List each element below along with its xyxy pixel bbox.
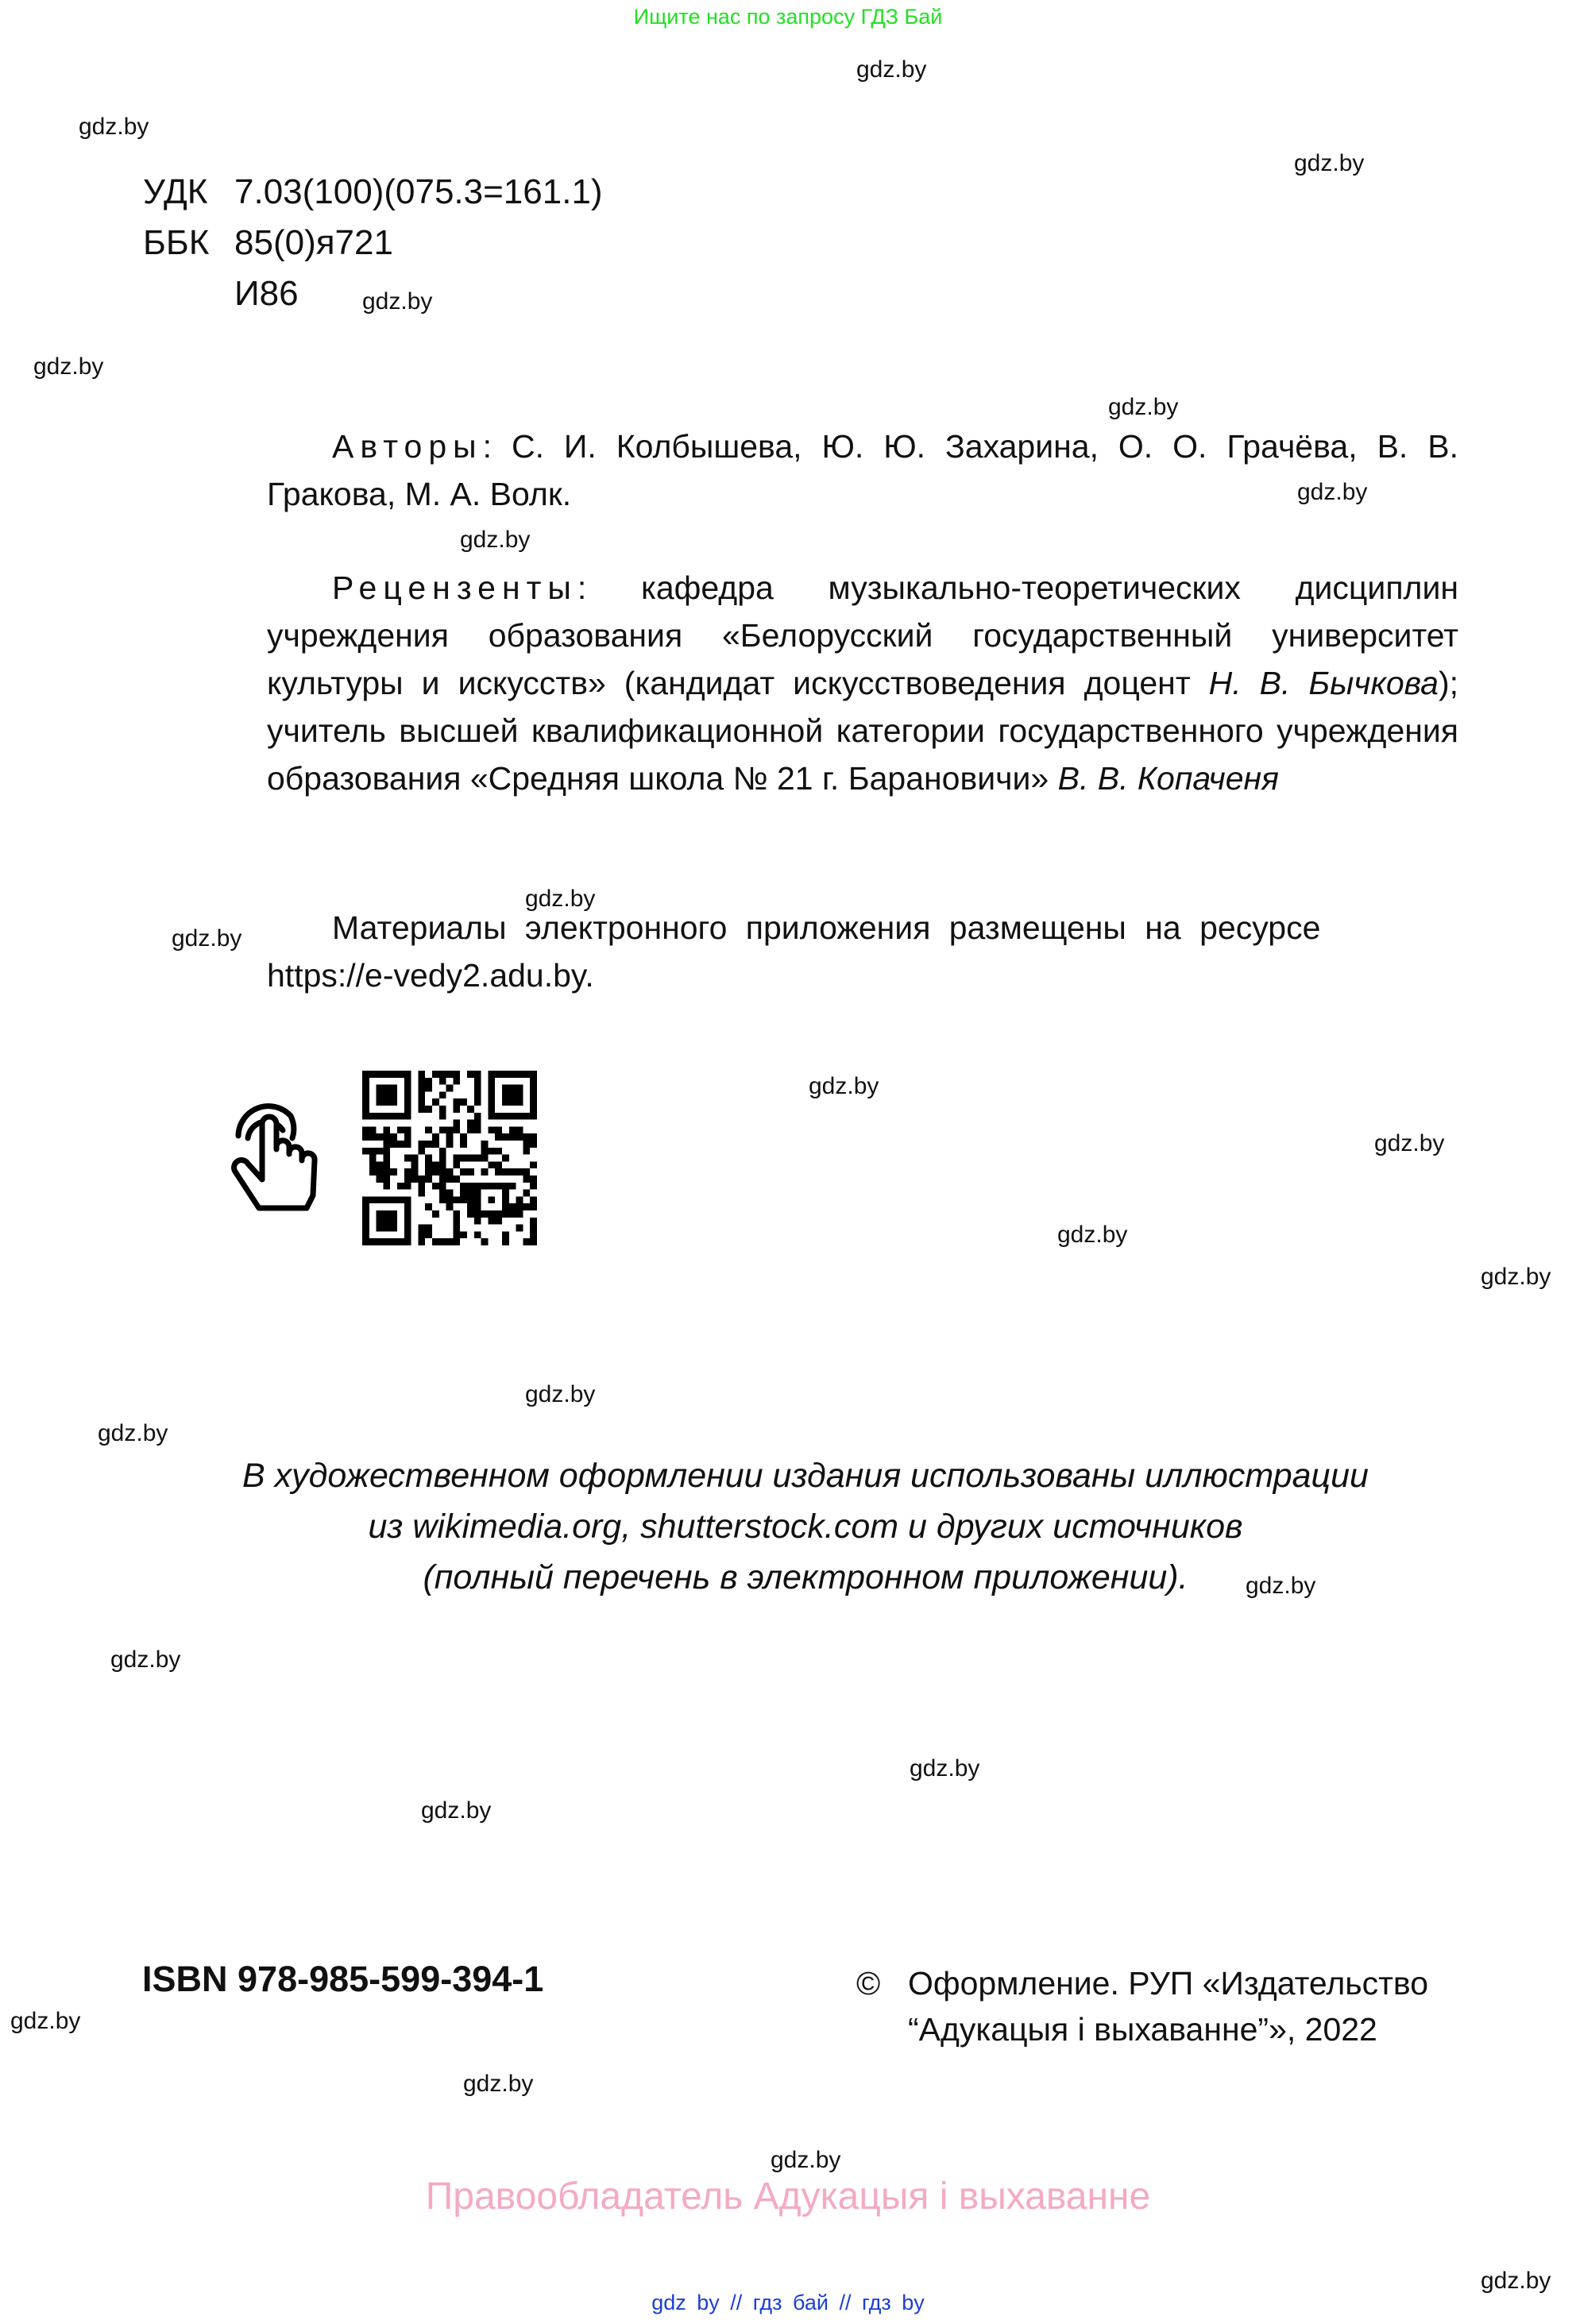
watermark: gdz.by	[98, 1419, 168, 1448]
watermark: gdz.by	[771, 2146, 840, 2175]
isbn: ISBN 978-985-599-394-1	[142, 1957, 543, 2002]
credits-line: (полный перечень в электронном приложени…	[17, 1552, 1576, 1603]
reviewer-name: Н. В. Бычкова	[1209, 665, 1439, 701]
watermark: gdz.by	[421, 1797, 491, 1825]
udc-row: УДК 7.03(100)(075.3=161.1)	[143, 167, 603, 218]
credits-line: В художественном оформлении издания испо…	[17, 1450, 1576, 1501]
watermark: gdz.by	[110, 1646, 180, 1674]
credits-line: из wikimedia.org, shutterstock.com и дру…	[17, 1501, 1576, 1552]
watermark: gdz.by	[1374, 1129, 1444, 1158]
watermark: gdz.by	[525, 1380, 595, 1409]
bbk-value: 85(0)я721	[234, 218, 393, 268]
authors-label: Авторы	[332, 428, 483, 465]
qr-code[interactable]	[362, 1071, 537, 1245]
watermark: gdz.by	[79, 113, 149, 141]
copyright-block: ©Оформление. РУП «Издательство “Адукацыя…	[856, 1960, 1428, 2052]
watermark: gdz.by	[1481, 1263, 1551, 1291]
bbk-label: ББК	[143, 218, 234, 268]
watermark: gdz.by	[172, 925, 241, 953]
watermark: gdz.by	[910, 1755, 979, 1783]
reviewers-paragraph: Рецензенты: кафедра музыкально-теоретиче…	[267, 564, 1458, 802]
rights-holder: Правообладатель Адукацыя і выхаванне	[0, 2173, 1576, 2221]
electronic-app-url[interactable]: https://e-vedy2.adu.by.	[267, 952, 1458, 999]
reviewer-name: В. В. Копаченя	[1058, 760, 1279, 797]
search-banner[interactable]: Ищите нас по запросу ГДЗ Бай	[0, 3, 1576, 30]
watermark: gdz.by	[1057, 1221, 1127, 1249]
classification-block: УДК 7.03(100)(075.3=161.1) ББК 85(0)я721…	[143, 167, 603, 319]
bbk-row: ББК 85(0)я721	[143, 218, 603, 268]
authors-paragraph: Авторы: С. И. Колбышева, Ю. Ю. Захарина,…	[267, 423, 1458, 518]
touch-hand-icon	[230, 1092, 318, 1211]
watermark: gdz.by	[1294, 149, 1364, 178]
watermark: gdz.by	[10, 2007, 80, 2036]
udc-value: 7.03(100)(075.3=161.1)	[234, 167, 603, 218]
watermark: gdz.by	[460, 526, 530, 554]
watermark: gdz.by	[1108, 393, 1178, 422]
reviewers-label: Рецензенты	[332, 569, 577, 606]
copyright-icon: ©	[856, 1960, 908, 2006]
udc-label: УДК	[143, 167, 234, 218]
author-mark-row: И86	[143, 268, 603, 319]
watermark: gdz.by	[856, 56, 926, 84]
watermark: gdz.by	[463, 2070, 533, 2098]
illustration-credits: В художественном оформлении издания испо…	[17, 1450, 1576, 1603]
author-mark: И86	[234, 268, 299, 319]
electronic-app-paragraph: Материалы электронного приложения размещ…	[267, 904, 1458, 999]
watermark: gdz.by	[809, 1072, 879, 1101]
copyright-line: Оформление. РУП «Издательство	[908, 1965, 1428, 2002]
watermark: gdz.by	[33, 353, 103, 381]
footer-links[interactable]: gdz by // гдз бай // гдз by	[0, 2289, 1576, 2316]
copyright-line: “Адукацыя і выхаванне”», 2022	[856, 2006, 1428, 2052]
electronic-app-text: Материалы электронного приложения размещ…	[332, 909, 1320, 946]
